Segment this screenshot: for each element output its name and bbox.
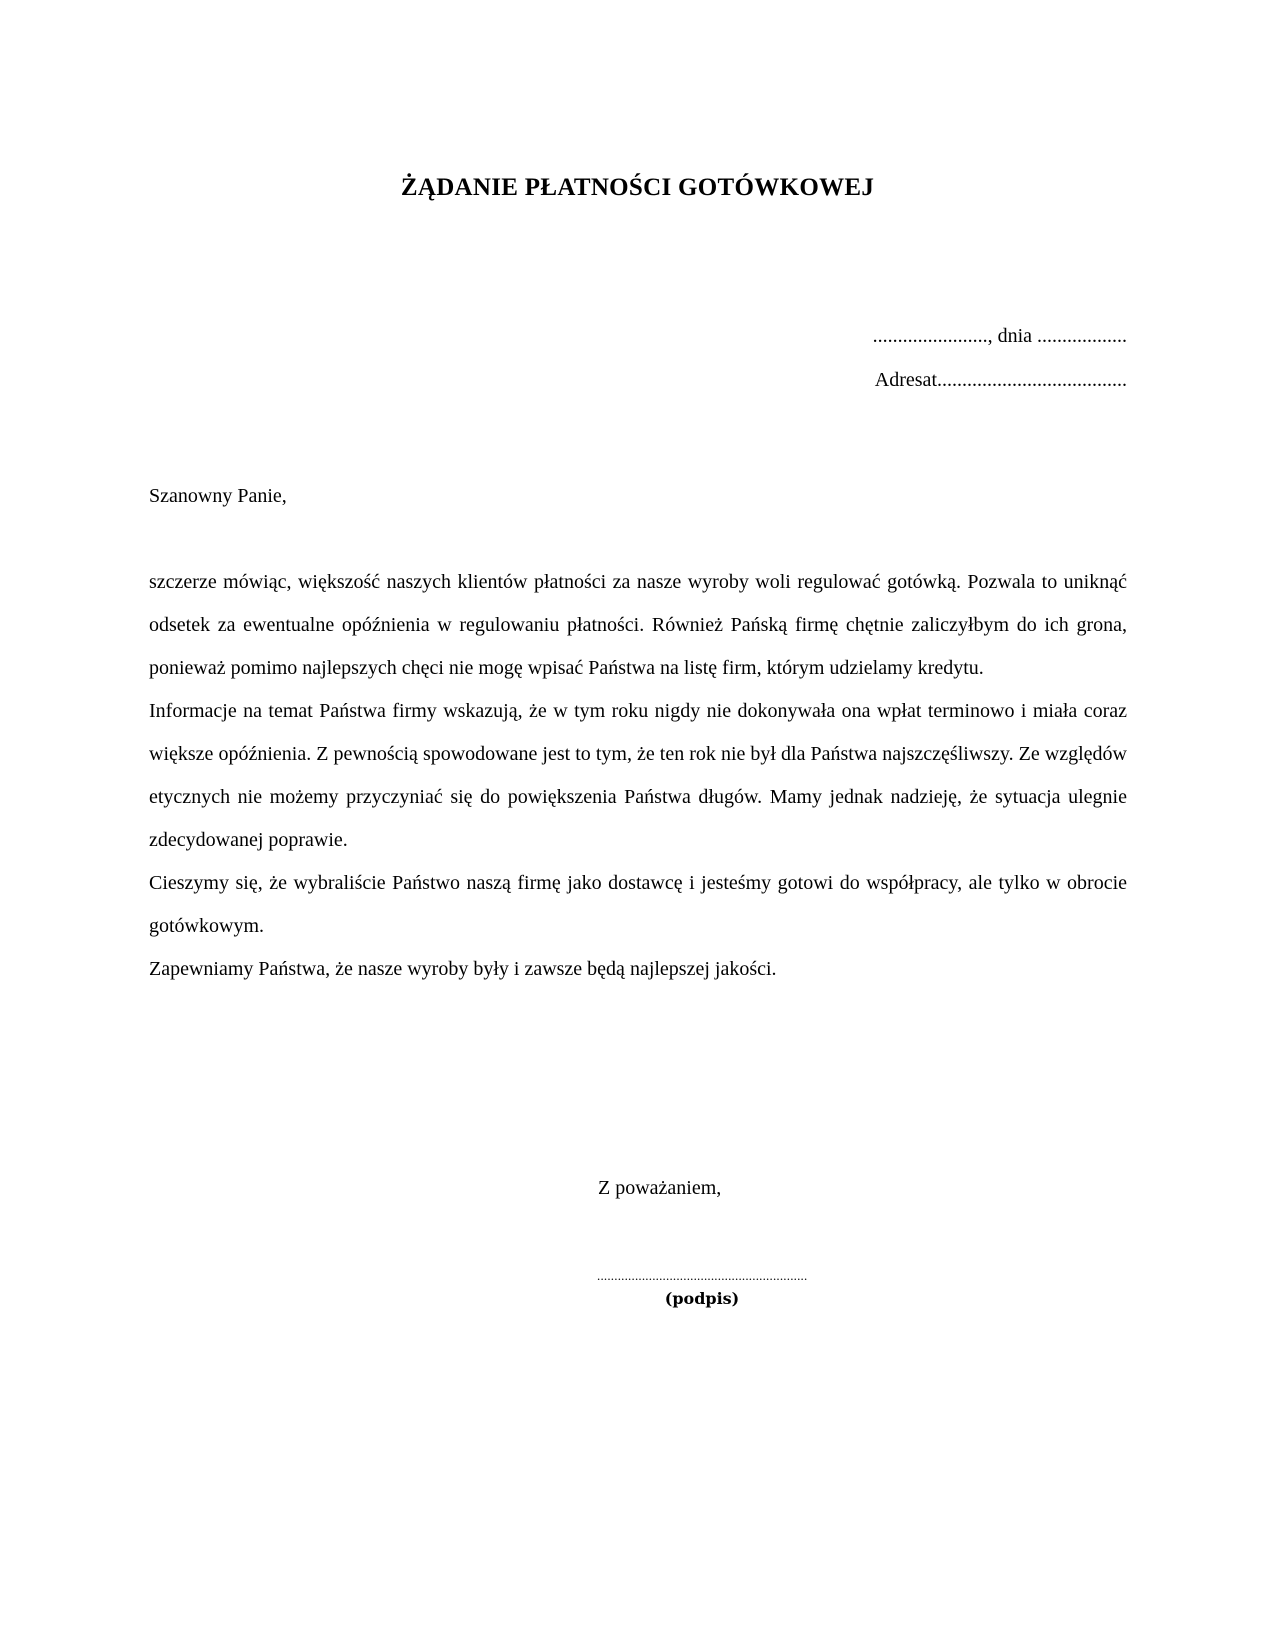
place-date-line: ......................., dnia ..........… [873, 323, 1127, 349]
body-paragraph: Informacje na temat Państwa firmy wskazu… [149, 690, 1127, 862]
closing-phrase: Z poważaniem, [598, 1175, 721, 1201]
signature-caption: (podpis) [597, 1288, 807, 1310]
body-paragraph: Cieszymy się, że wybraliście Państwo nas… [149, 862, 1127, 948]
signature-line: ........................................… [597, 1268, 807, 1284]
salutation: Szanowny Panie, [149, 483, 287, 509]
body-paragraph: szczerze mówiąc, większość naszych klien… [149, 561, 1127, 690]
addressee-line: Adresat.................................… [875, 367, 1127, 393]
document-page: ŻĄDANIE PŁATNOŚCI GOTÓWKOWEJ ...........… [0, 0, 1275, 1650]
body-paragraph: Zapewniamy Państwa, że nasze wyroby były… [149, 948, 1127, 991]
letter-body: szczerze mówiąc, większość naszych klien… [149, 561, 1127, 991]
signature-block: ........................................… [597, 1268, 807, 1310]
document-title: ŻĄDANIE PŁATNOŚCI GOTÓWKOWEJ [0, 173, 1275, 203]
